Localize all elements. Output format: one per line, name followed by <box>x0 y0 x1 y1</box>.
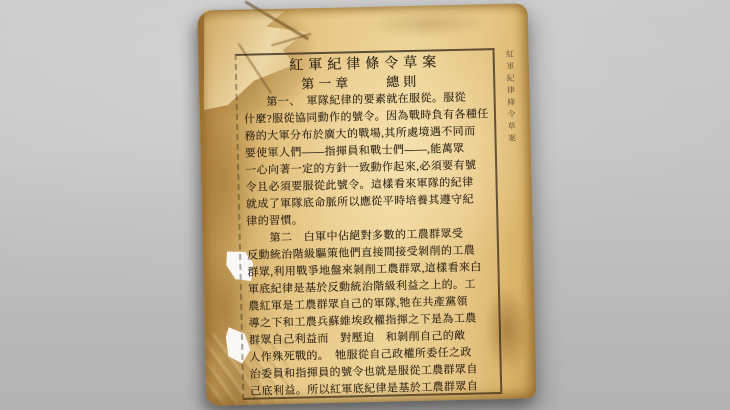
adjacent-page-edge-text: 紅軍紀律條令草案 <box>498 50 522 312</box>
top-edge-stain <box>348 4 509 44</box>
body-text: 第一、 軍隊紀律的要素就在服從。服從什麼?服從協同動作的號令。因為戰時負有各種任… <box>243 89 495 400</box>
photo-backdrop: 紅軍紀律條令草案 第一章 總則 第一、 軍隊紀律的要素就在服從。服從什麼?服從協… <box>0 0 730 410</box>
booklet-page: 紅軍紀律條令草案 第一章 總則 第一、 軍隊紀律的要素就在服從。服從什麼?服從協… <box>198 3 537 405</box>
text-frame: 紅軍紀律條令草案 第一章 總則 第一、 軍隊紀律的要素就在服從。服從什麼?服從協… <box>235 48 503 400</box>
